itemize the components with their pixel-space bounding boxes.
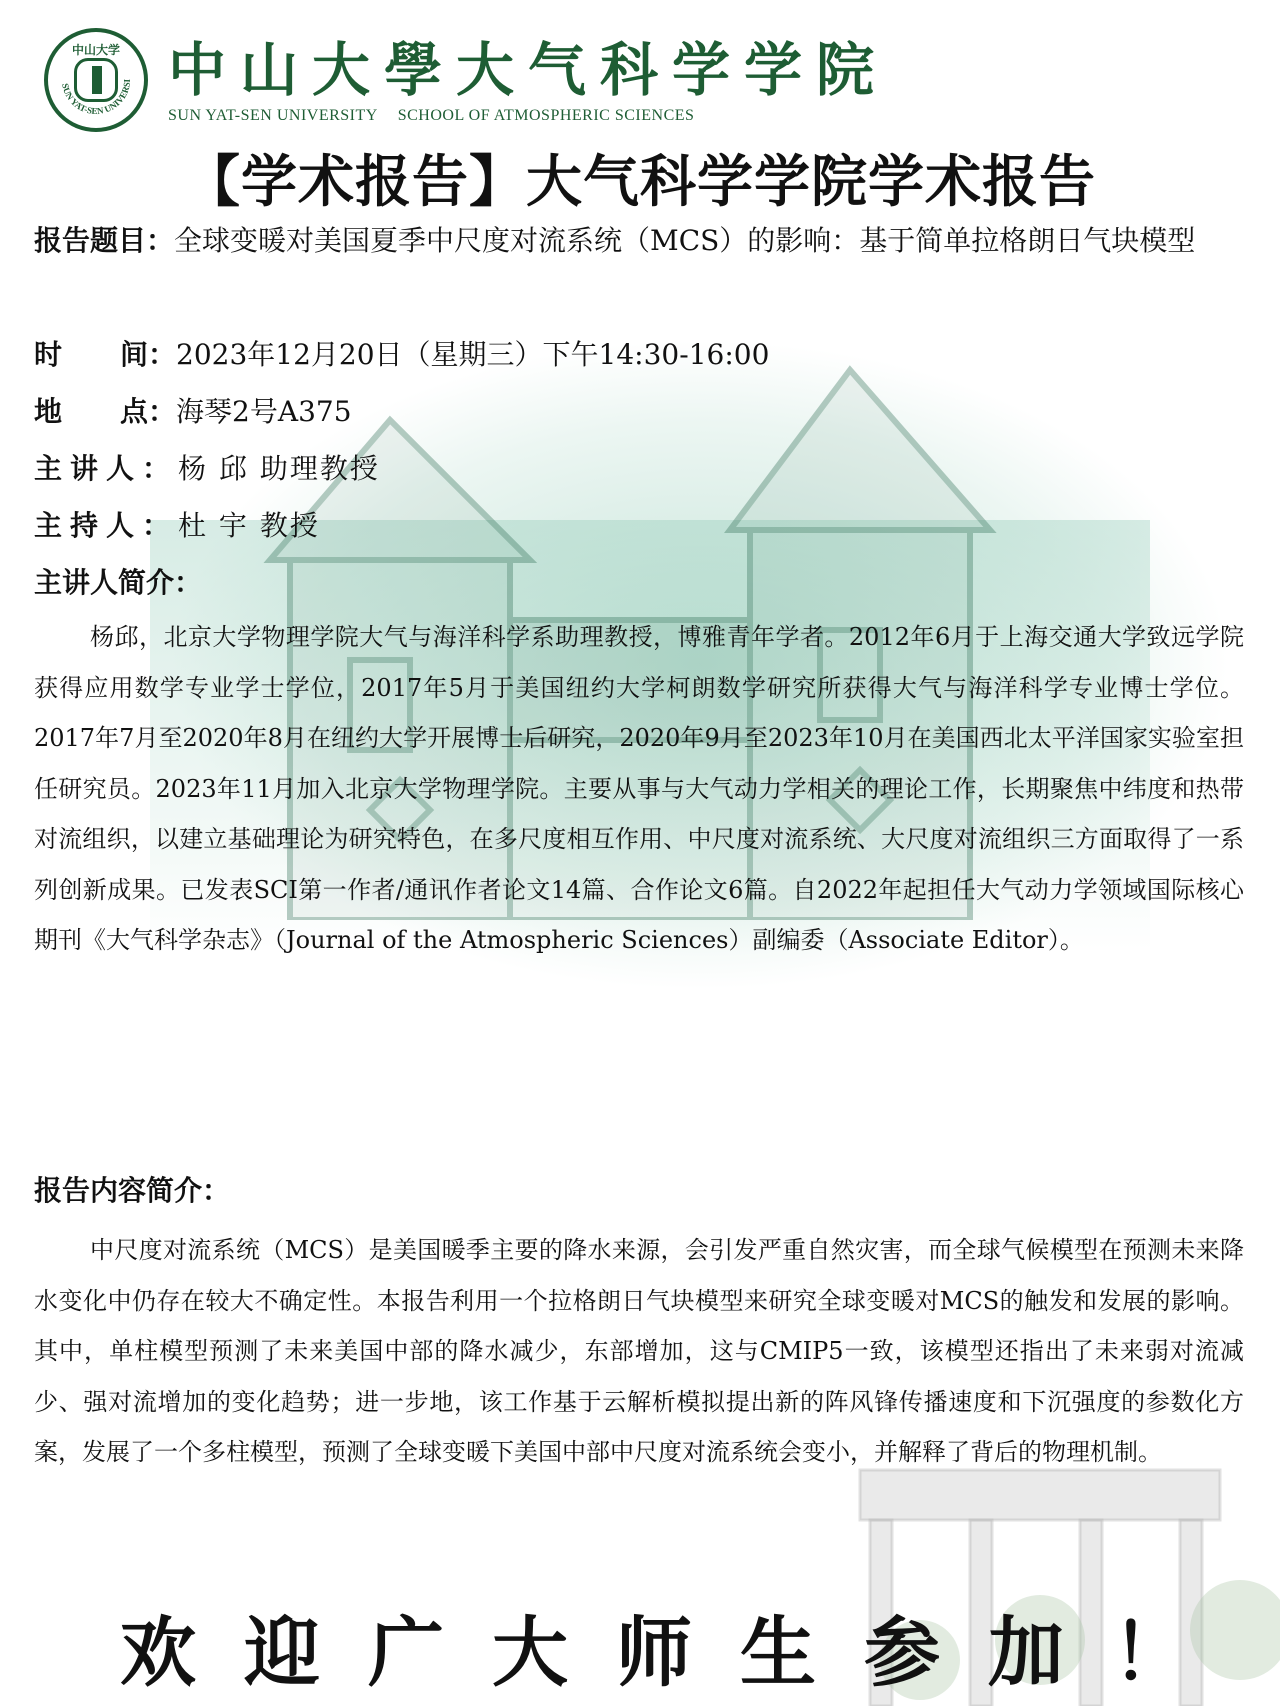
speaker-row: 主讲人：杨 邱 助理教授 (34, 440, 1244, 497)
university-name-en: SUN YAT-SEN UNIVERSITY (168, 107, 377, 124)
host-row: 主持人：杜 宇 教授 (34, 497, 1244, 554)
abstract-text: 中尺度对流系统（MCS）是美国暖季主要的降水来源，会引发严重自然灾害，而全球气候… (34, 1225, 1244, 1478)
school-header: SUN YAT-SEN UNIVERSITY 中山大学 中山大學大气科学学院 S… (44, 28, 888, 132)
event-details: 报告题目：全球变暖对美国夏季中尺度对流系统（MCS）的影响：基于简单拉格朗日气块… (34, 212, 1244, 269)
place-value: 海琴2号A375 (176, 395, 351, 428)
speaker-bio-heading: 主讲人简介： (34, 554, 1244, 611)
host-label: 主持人： (34, 509, 178, 542)
abstract-heading: 报告内容简介： (34, 1162, 1244, 1219)
time-value: 2023年12月20日（星期三）下午14:30-16:00 (176, 338, 769, 371)
logo-tower-icon (92, 66, 102, 94)
time-label: 时间： (34, 338, 176, 371)
speaker-bio: 杨邱，北京大学物理学院大气与海洋科学系助理教授，博雅青年学者。2012年6月于上… (34, 612, 1244, 966)
place-row: 地点：海琴2号A375 (34, 383, 1244, 440)
speaker-label: 主讲人： (34, 452, 178, 485)
university-logo: SUN YAT-SEN UNIVERSITY 中山大学 (44, 28, 148, 132)
school-name-en-text: SCHOOL OF ATMOSPHERIC SCIENCES (398, 107, 695, 124)
speaker-value: 杨 邱 助理教授 (178, 452, 380, 485)
time-row: 时间：2023年12月20日（星期三）下午14:30-16:00 (34, 326, 1244, 383)
topic-label: 报告题目： (34, 224, 174, 257)
school-name-en: SUN YAT-SEN UNIVERSITY SCHOOL OF ATMOSPH… (168, 107, 888, 125)
abstract-section: 报告内容简介： 中尺度对流系统（MCS）是美国暖季主要的降水来源，会引发严重自然… (34, 1162, 1244, 1478)
topic-row: 报告题目：全球变暖对美国夏季中尺度对流系统（MCS）的影响：基于简单拉格朗日气块… (34, 212, 1244, 269)
page-title: 【学术报告】大气科学学院学术报告 (0, 150, 1280, 214)
event-meta: 时间：2023年12月20日（星期三）下午14:30-16:00 地点：海琴2号… (34, 326, 1244, 611)
host-value: 杜 宇 教授 (178, 509, 320, 542)
topic-value: 全球变暖对美国夏季中尺度对流系统（MCS）的影响：基于简单拉格朗日气块模型 (174, 224, 1195, 257)
place-label: 地点： (34, 395, 176, 428)
speaker-bio-text: 杨邱，北京大学物理学院大气与海洋科学系助理教授，博雅青年学者。2012年6月于上… (34, 612, 1244, 966)
school-name-cn: 中山大學大气科学学院 (168, 35, 888, 105)
svg-text:中山大学: 中山大学 (72, 42, 120, 57)
welcome-banner: 欢迎广大师生参加！ (120, 1608, 1236, 1698)
